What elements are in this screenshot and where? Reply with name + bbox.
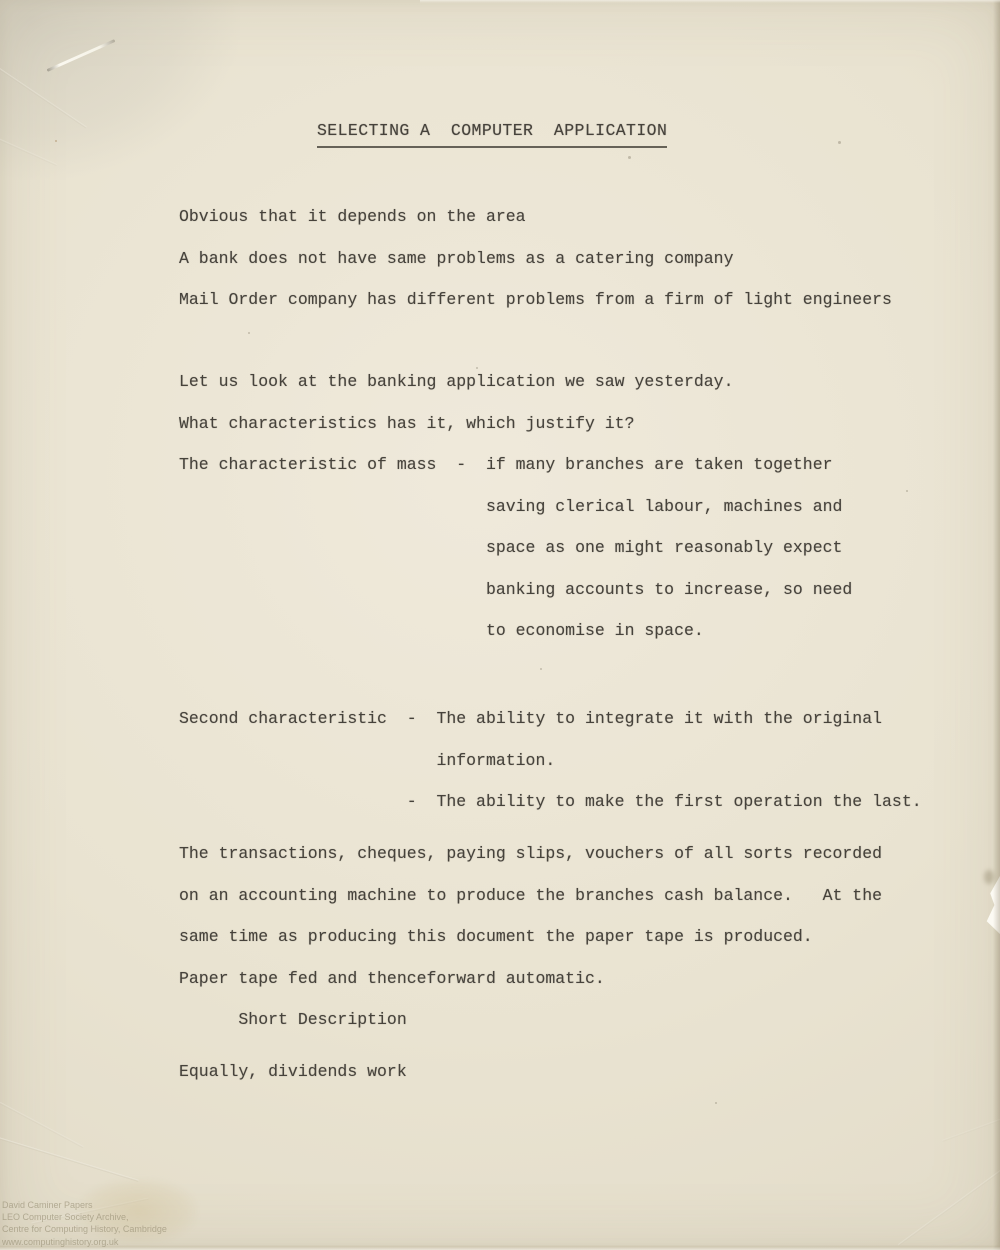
paragraph-second-characteristic: Second characteristic - The ability to i… (179, 698, 922, 823)
paragraph-banking-characteristics: Let us look at the banking application w… (179, 361, 852, 652)
paper-speck (55, 140, 57, 142)
document-title: SELECTING A COMPUTER APPLICATION (317, 121, 667, 141)
text-line: saving clerical labour, machines and (179, 486, 852, 528)
paper-speck (628, 156, 631, 159)
text-line: banking accounts to increase, so need (179, 569, 852, 611)
watermark-line: www.computinghistory.org.uk (2, 1236, 167, 1248)
paragraph-intro: Obvious that it depends on the areaA ban… (179, 196, 892, 321)
text-line: same time as producing this document the… (179, 916, 882, 958)
crease-mark (0, 1102, 84, 1148)
page-edge-right (993, 0, 1000, 1250)
watermark-line: Centre for Computing History, Cambridge (2, 1223, 167, 1235)
scratch-mark (47, 39, 116, 72)
paper-speck (540, 668, 542, 670)
text-line: Paper tape fed and thenceforward automat… (179, 958, 882, 1000)
text-line: Let us look at the banking application w… (179, 361, 852, 403)
top-left-stain (0, 0, 240, 180)
text-line: Obvious that it depends on the area (179, 196, 892, 238)
paper-speck (838, 141, 841, 144)
text-line: information. (179, 740, 922, 782)
paper-speck (715, 1102, 717, 1104)
edge-tear (986, 876, 1000, 934)
text-line: Short Description (179, 999, 407, 1041)
watermark-line: David Caminer Papers (2, 1199, 167, 1211)
text-line: Mail Order company has different problem… (179, 279, 892, 321)
paragraph-short-description: Short Description (179, 999, 407, 1041)
paper-speck (906, 490, 908, 492)
archive-watermark: David Caminer PapersLEO Computer Society… (2, 1199, 167, 1248)
text-line: The characteristic of mass - if many bra… (179, 444, 852, 486)
paper-speck (248, 332, 250, 334)
text-line: space as one might reasonably expect (179, 527, 852, 569)
text-line: What characteristics has it, which justi… (179, 403, 852, 445)
crease-mark (0, 136, 57, 166)
paragraph-transactions: The transactions, cheques, paying slips,… (179, 833, 882, 999)
scanned-document-page: SELECTING A COMPUTER APPLICATION Obvious… (0, 0, 1000, 1250)
text-line: Second characteristic - The ability to i… (179, 698, 922, 740)
text-line: The transactions, cheques, paying slips,… (179, 833, 882, 875)
crease-mark (0, 65, 87, 128)
edge-tear-shadow (984, 870, 994, 884)
watermark-line: LEO Computer Society Archive, (2, 1211, 167, 1223)
paragraph-dividends: Equally, dividends work (179, 1051, 407, 1093)
text-line: - The ability to make the first operatio… (179, 781, 922, 823)
document-title-text: SELECTING A COMPUTER APPLICATION (317, 121, 667, 148)
page-edge-top (420, 0, 1000, 3)
crease-mark (942, 1116, 1000, 1142)
text-line: on an accounting machine to produce the … (179, 875, 882, 917)
text-line: Equally, dividends work (179, 1051, 407, 1093)
text-line: A bank does not have same problems as a … (179, 238, 892, 280)
text-line: to economise in space. (179, 610, 852, 652)
crease-mark (898, 1168, 1000, 1246)
crease-mark (0, 1136, 139, 1182)
